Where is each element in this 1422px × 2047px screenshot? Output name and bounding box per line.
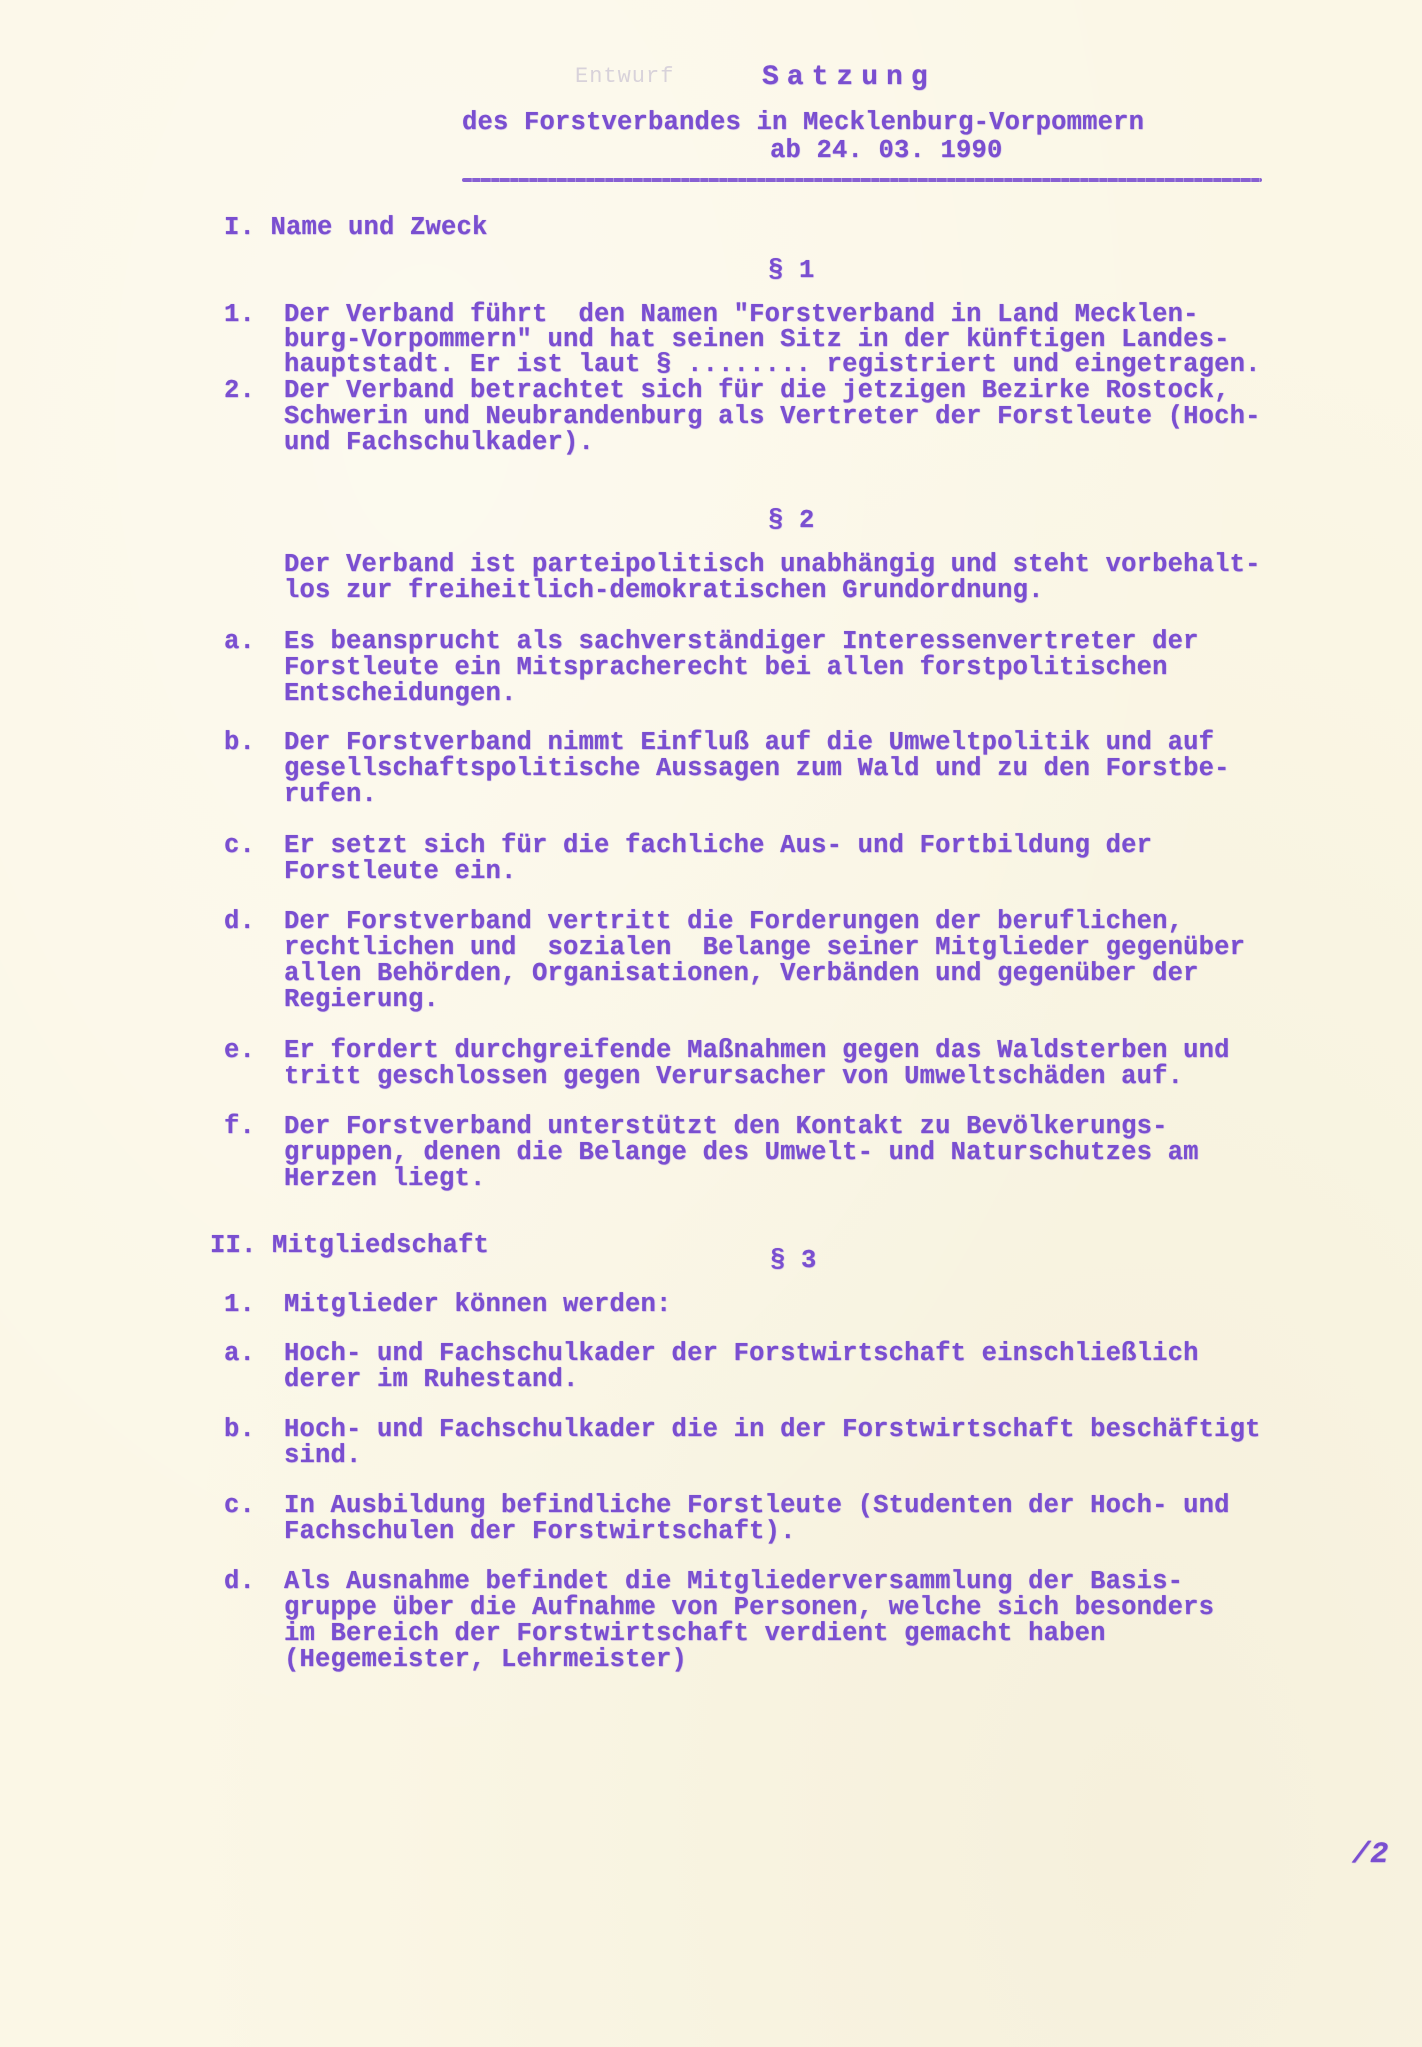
item-label: 1. xyxy=(224,1290,255,1320)
item-label: a. xyxy=(224,627,255,657)
item-label: e. xyxy=(224,1036,255,1066)
item-line: Regierung. xyxy=(284,985,439,1015)
item-label: 2. xyxy=(224,376,255,406)
item-label: a. xyxy=(224,1339,255,1369)
item-label: d. xyxy=(224,907,255,937)
title-divider xyxy=(462,178,1262,182)
paragraph-mark-2: § 2 xyxy=(768,506,815,535)
document-subtitle: des Forstverbandes in Mecklenburg-Vorpom… xyxy=(462,108,1144,137)
item-line: sind. xyxy=(284,1441,362,1471)
document-effective-date: ab 24. 03. 1990 xyxy=(770,136,1003,165)
item-line: und Fachschulkader). xyxy=(284,428,594,458)
intro-line: los zur freiheitlich-demokratischen Grun… xyxy=(284,576,1044,606)
item-label: b. xyxy=(224,728,255,758)
item-line: derer im Ruhestand. xyxy=(284,1365,579,1395)
item-label: f. xyxy=(224,1112,255,1142)
section-heading-name-and-purpose: I. Name und Zweck xyxy=(224,213,488,242)
item-line: Hoch- und Fachschulkader die in der Fors… xyxy=(284,1415,1261,1445)
item-line: rufen. xyxy=(284,780,377,810)
paragraph-mark-3: § 3 xyxy=(770,1246,817,1275)
item-label: b. xyxy=(224,1415,255,1445)
item-line: tritt geschlossen gegen Verursacher von … xyxy=(284,1062,1183,1092)
page-continuation-marker: /2 xyxy=(1352,1838,1388,1872)
intro-line: Mitglieder können werden: xyxy=(284,1290,672,1320)
item-line: Forstleute ein. xyxy=(284,857,517,887)
item-label: d. xyxy=(224,1567,255,1597)
item-line: gesellschaftspolitische Aussagen zum Wal… xyxy=(284,754,1230,784)
item-line: Fachschulen der Forstwirtschaft). xyxy=(284,1517,796,1547)
item-line: Herzen liegt. xyxy=(284,1164,486,1194)
document-title: Satzung xyxy=(762,62,936,93)
section-heading-membership: II. Mitgliedschaft xyxy=(210,1231,489,1260)
item-label: 1. xyxy=(224,300,255,330)
faded-stamp-text: Entwurf xyxy=(575,64,674,89)
item-line: (Hegemeister, Lehrmeister) xyxy=(284,1645,687,1675)
paragraph-mark-1: § 1 xyxy=(768,256,815,285)
item-label: c. xyxy=(224,831,255,861)
item-line: Entscheidungen. xyxy=(284,679,517,709)
item-label: c. xyxy=(224,1491,255,1521)
